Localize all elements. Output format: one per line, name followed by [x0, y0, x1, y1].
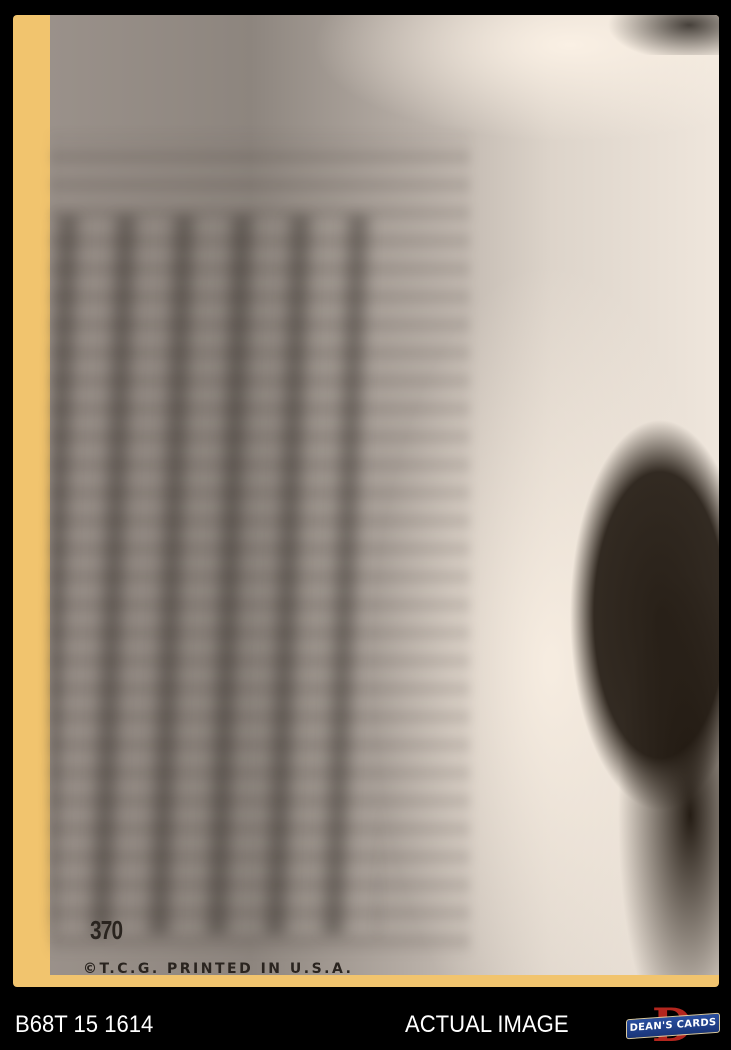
- copyright-text: ©T.C.G. PRINTED IN U.S.A.: [83, 961, 353, 977]
- card-photo: [50, 15, 719, 975]
- card-number: 370: [90, 915, 122, 946]
- trading-card-back: 370 ©T.C.G. PRINTED IN U.S.A.: [13, 15, 719, 987]
- jersey-pinstripes: [50, 215, 380, 935]
- sku-label: B68T 15 1614: [15, 1011, 153, 1039]
- logo-banner: DEAN'S CARDS: [626, 1013, 720, 1040]
- deans-cards-logo: D DEAN'S CARDS: [626, 1003, 718, 1047]
- actual-image-label: ACTUAL IMAGE: [405, 1011, 569, 1039]
- cap-shadow: [599, 15, 719, 55]
